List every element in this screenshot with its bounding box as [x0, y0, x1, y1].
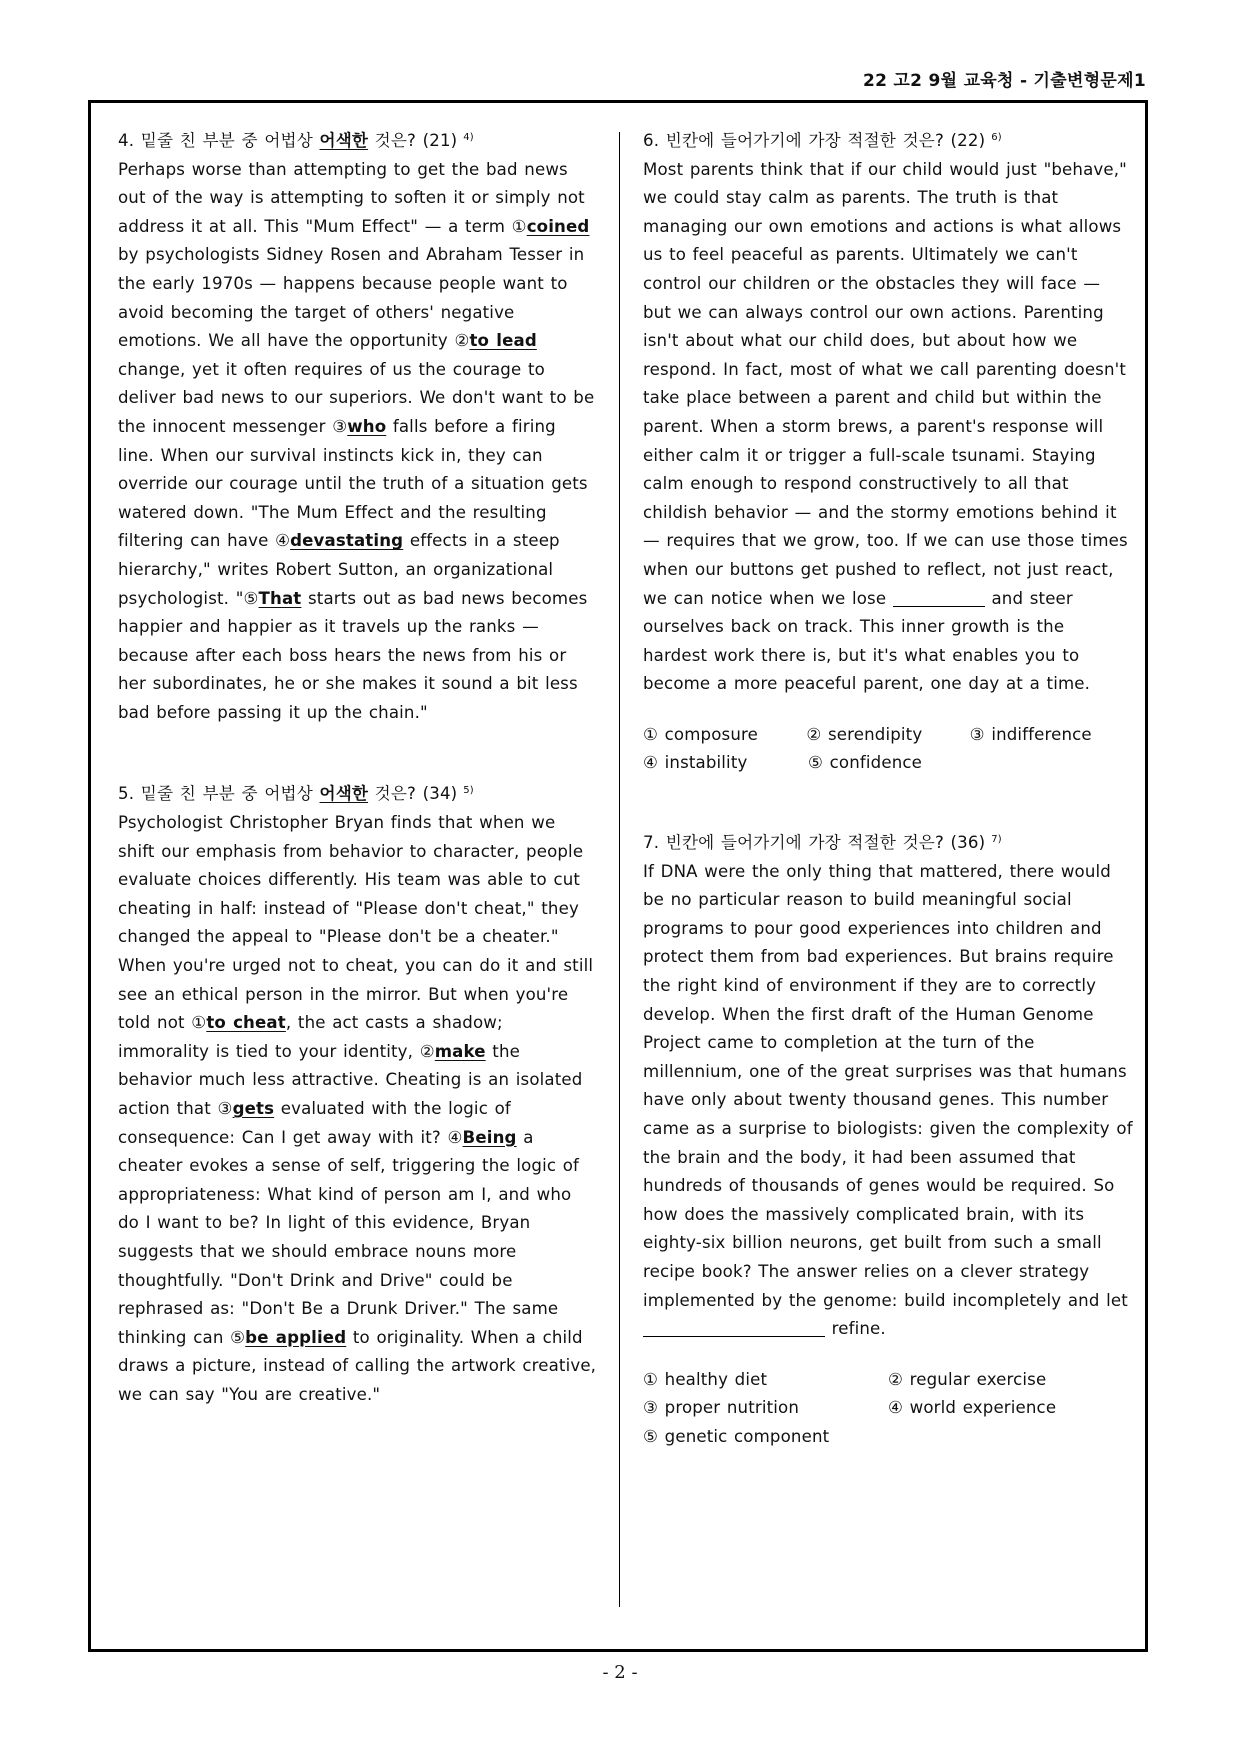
footnote-marker: 7) [991, 834, 1002, 845]
question-prompt: 빈칸에 들어가기에 가장 적절한 것은? (36) [666, 833, 985, 852]
choice-4[interactable]: ④ instability [643, 749, 808, 778]
footnote-marker: 5) [463, 785, 474, 796]
underlined-item: That [259, 589, 302, 608]
underlined-item: to lead [469, 331, 536, 350]
question-4: 4. 밑줄 친 부분 중 어법상 어색한 것은? (21)4) Perhaps … [118, 124, 598, 727]
prompt-emphasis: 어색한 [320, 784, 369, 803]
item-marker: ① [512, 217, 527, 236]
underlined-item: be applied [245, 1328, 346, 1347]
passage-text: If DNA were the only thing that mattered… [643, 862, 1133, 1310]
question-prompt: 밑줄 친 부분 중 어법상 [141, 131, 320, 150]
passage-text: a cheater evokes a sense of self, trigge… [118, 1128, 579, 1347]
answer-blank [893, 588, 985, 607]
answer-blank [643, 1318, 825, 1337]
passage-text: refine. [825, 1319, 886, 1338]
choice-2[interactable]: ② serendipity [806, 721, 969, 750]
choice-3[interactable]: ③ proper nutrition [643, 1394, 888, 1423]
question-5: 5. 밑줄 친 부분 중 어법상 어색한 것은? (34)5) Psycholo… [118, 777, 598, 1409]
question-6-passage: Most parents think that if our child wou… [643, 156, 1133, 699]
item-marker: ① [191, 1013, 206, 1032]
item-marker: ④ [448, 1128, 463, 1147]
underlined-item: coined [527, 217, 590, 236]
underlined-item: Being [463, 1128, 517, 1147]
page-number: - 2 - [0, 1662, 1240, 1683]
question-5-title: 5. 밑줄 친 부분 중 어법상 어색한 것은? (34)5) [118, 777, 598, 809]
column-divider [619, 132, 620, 1607]
question-7-passage: If DNA were the only thing that mattered… [643, 858, 1133, 1344]
question-4-passage: Perhaps worse than attempting to get the… [118, 156, 598, 728]
passage-text: Psychologist Christopher Bryan finds tha… [118, 813, 593, 1032]
underlined-item: make [435, 1042, 486, 1061]
item-marker: ③ [332, 417, 347, 436]
choice-5[interactable]: ⑤ confidence [808, 749, 973, 778]
choice-2[interactable]: ② regular exercise [888, 1366, 1133, 1395]
question-5-passage: Psychologist Christopher Bryan finds tha… [118, 809, 598, 1409]
footnote-marker: 4) [463, 132, 474, 143]
question-number: 5. [118, 784, 134, 803]
prompt-emphasis: 어색한 [320, 131, 369, 150]
choice-3[interactable]: ③ indifference [970, 721, 1133, 750]
underlined-item: to cheat [206, 1013, 286, 1032]
choice-4[interactable]: ④ world experience [888, 1394, 1133, 1423]
item-marker: ④ [275, 531, 290, 550]
item-marker: ⑤ [243, 589, 258, 608]
underlined-item: devastating [290, 531, 403, 550]
page-header-title: 22 고2 9월 교육청 - 기출변형문제1 [863, 66, 1146, 91]
underlined-item: who [347, 417, 386, 436]
question-6: 6. 빈칸에 들어가기에 가장 적절한 것은? (22)6) Most pare… [643, 124, 1133, 778]
question-7: 7. 빈칸에 들어가기에 가장 적절한 것은? (36)7) If DNA we… [643, 826, 1133, 1451]
choice-1[interactable]: ① healthy diet [643, 1366, 888, 1395]
underlined-item: gets [233, 1099, 275, 1118]
item-marker: ③ [218, 1099, 233, 1118]
question-number: 4. [118, 131, 134, 150]
passage-text: starts out as bad news becomes happier a… [118, 589, 587, 722]
question-number: 7. [643, 833, 659, 852]
question-4-title: 4. 밑줄 친 부분 중 어법상 어색한 것은? (21)4) [118, 124, 598, 156]
passage-text: Most parents think that if our child wou… [643, 160, 1128, 608]
item-marker: ⑤ [230, 1328, 245, 1347]
choice-5[interactable]: ⑤ genetic component [643, 1423, 893, 1452]
question-number: 6. [643, 131, 659, 150]
right-column: 6. 빈칸에 들어가기에 가장 적절한 것은? (22)6) Most pare… [643, 124, 1133, 1452]
question-6-title: 6. 빈칸에 들어가기에 가장 적절한 것은? (22)6) [643, 124, 1133, 156]
question-prompt-tail: 것은? (21) [368, 131, 457, 150]
question-prompt-tail: 것은? (34) [368, 784, 457, 803]
question-prompt: 빈칸에 들어가기에 가장 적절한 것은? (22) [666, 131, 985, 150]
choice-1[interactable]: ① composure [643, 721, 806, 750]
left-column: 4. 밑줄 친 부분 중 어법상 어색한 것은? (21)4) Perhaps … [118, 124, 598, 1410]
question-prompt: 밑줄 친 부분 중 어법상 [141, 784, 320, 803]
question-6-choices: ① composure ② serendipity ③ indifference… [643, 721, 1133, 778]
question-7-title: 7. 빈칸에 들어가기에 가장 적절한 것은? (36)7) [643, 826, 1133, 858]
question-7-choices: ① healthy diet ② regular exercise ③ prop… [643, 1366, 1133, 1452]
footnote-marker: 6) [991, 132, 1002, 143]
item-marker: ② [454, 331, 469, 350]
item-marker: ② [420, 1042, 435, 1061]
